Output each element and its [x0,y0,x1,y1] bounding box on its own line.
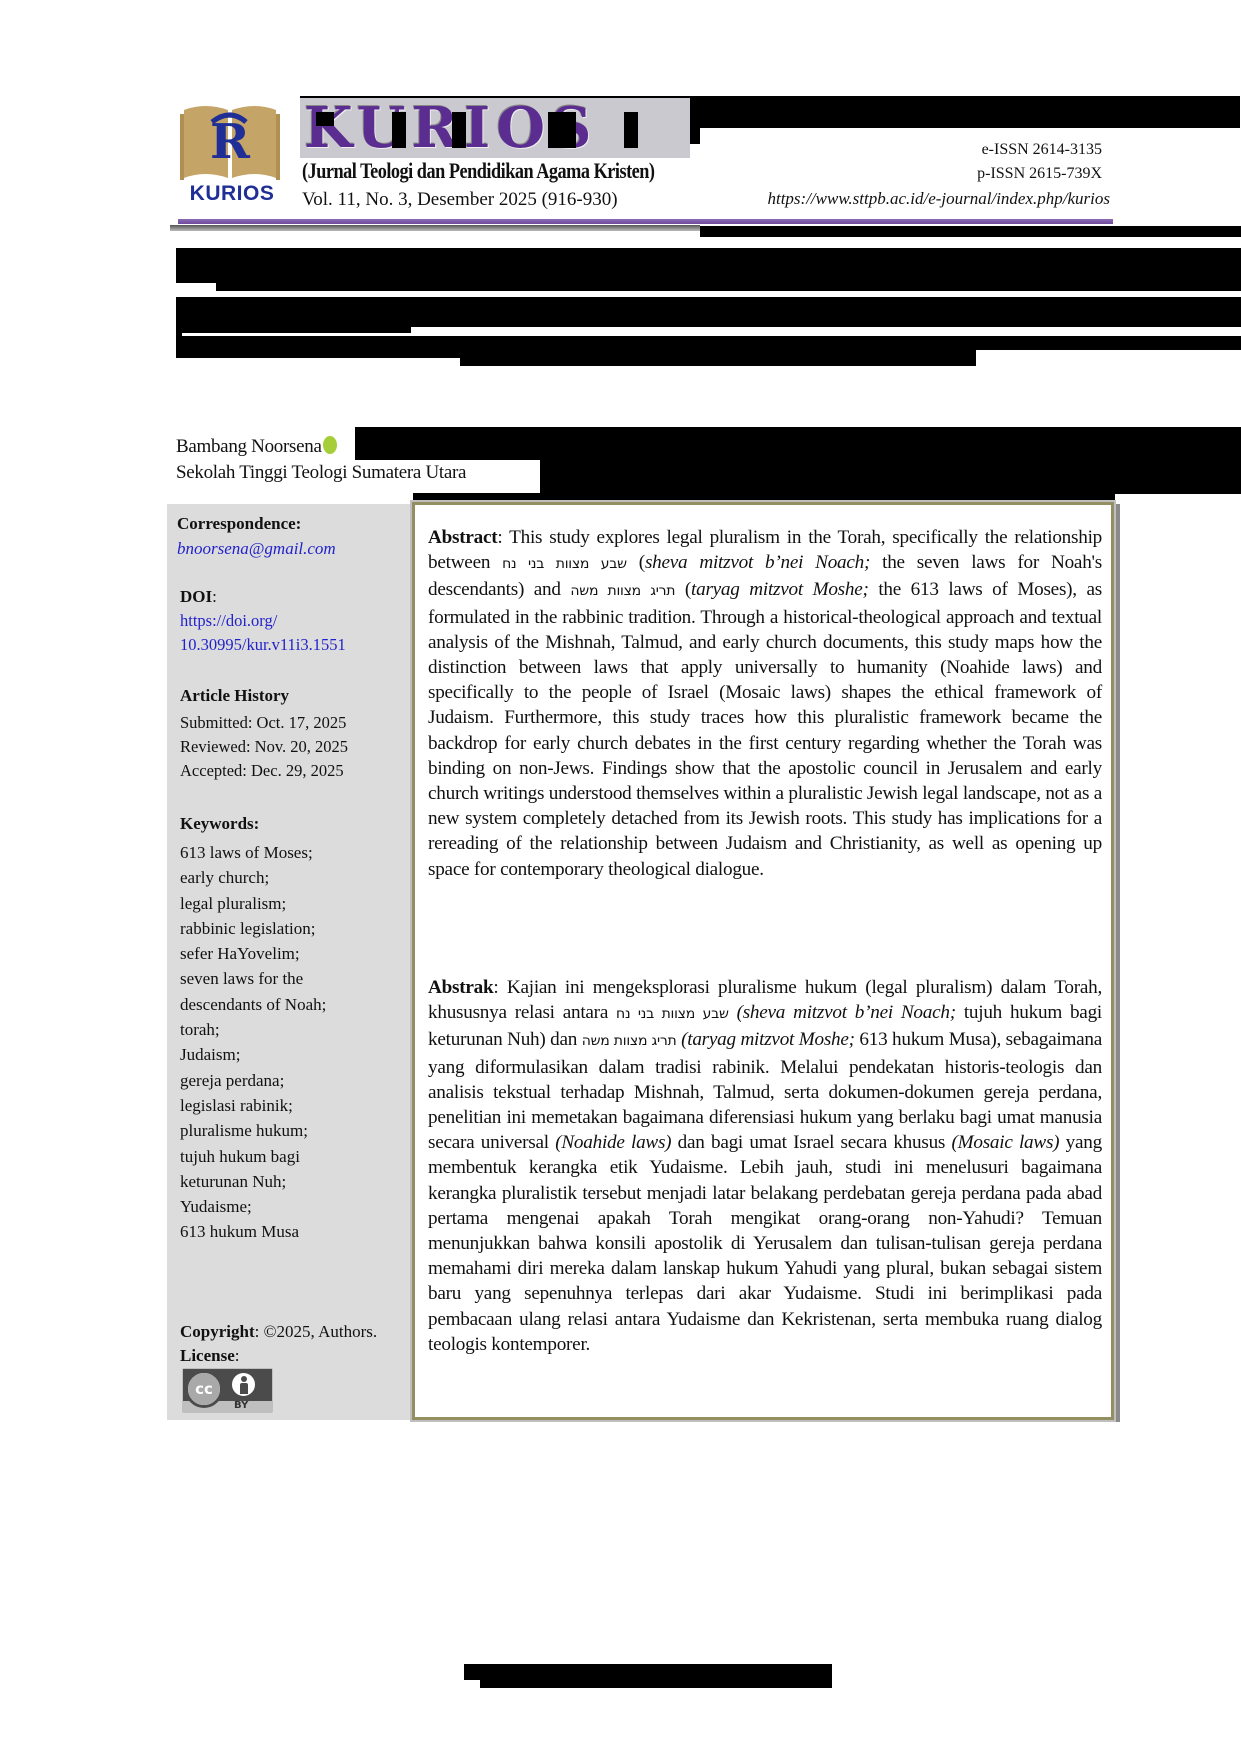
abstrak-label: Abstrak [428,977,493,998]
redaction-bar [548,112,576,148]
redaction-bar [690,128,700,144]
header-divider [178,219,1113,224]
redaction-bar [460,358,976,366]
correspondence-label: Correspondence: [177,514,301,534]
redaction-bar [216,283,1241,291]
italic-term: (Mosaic laws) [952,1132,1060,1153]
header-divider-shadow [170,225,700,231]
redaction-bar [700,226,1241,237]
transliteration: sheva mitzvot b’nei Noach; [645,552,870,573]
abstract-text: the 613 laws of Moses), as formulated in… [428,579,1102,879]
redaction-bar [316,112,334,126]
logo-wordmark: KURIOS [182,182,282,206]
doi-label-line: DOI: [180,584,217,609]
redaction-bar [540,460,1241,494]
italic-term: (Noahide laws) [555,1132,671,1153]
keyword-item: tujuh hukum bagi [180,1144,326,1169]
abstrak-text: dan bagi umat Israel secara khusus [671,1132,951,1153]
doi-colon: : [212,587,217,606]
abstract-text: ( [675,579,691,600]
reviewed-date: Reviewed: Nov. 20, 2025 [180,734,348,759]
abstrak-text: yang membentuk kerangka etik Yudaisme. L… [428,1132,1102,1355]
redaction-bar [480,1680,832,1688]
transliteration: taryag mitzvot Moshe; [691,579,869,600]
keyword-item: Yudaisme; [180,1194,326,1219]
copyright-label: Copyright [180,1322,255,1341]
license-line: License: [180,1343,240,1368]
abstract-box: Abstract: This study explores legal plur… [412,502,1114,1420]
keyword-item: pluralisme hukum; [180,1118,326,1143]
author-name: Bambang Noorsena [176,436,337,458]
redacted-footer [464,1664,832,1680]
hebrew-term: שבע מצוות בני נח [502,556,627,572]
keyword-item: Judaism; [180,1042,326,1067]
keywords-list: 613 laws of Moses; early church; legal p… [180,840,326,1245]
author-name-text: Bambang Noorsena [176,436,322,457]
keyword-item: gereja perdana; [180,1068,326,1093]
journal-subtitle: (Jurnal Teologi dan Pendidikan Agama Kri… [302,158,655,184]
redaction-bar [392,112,406,148]
creative-commons-icon: cc [185,1370,223,1408]
transliteration: (taryag mitzvot Moshe; [676,1029,854,1050]
hebrew-term: תריג מצוות משה [570,583,675,599]
hebrew-term: תריג מצוות משה [582,1033,677,1049]
orcid-icon[interactable] [323,436,337,454]
journal-url[interactable]: https://www.sttpb.ac.id/e-journal/index.… [767,189,1110,209]
correspondence-email[interactable]: bnoorsena@gmail.com [177,536,336,561]
redaction-bar [176,332,182,354]
hebrew-term: שבע מצוות בני נח [616,1006,729,1022]
book-logo-icon: R [180,100,280,180]
license-colon: : [235,1346,240,1365]
abstract-text: ( [627,552,645,573]
keyword-item: descendants of Noah; [180,992,326,1017]
doi-link-line-1[interactable]: https://doi.org/ [180,608,277,633]
transliteration: (sheva mitzvot b’nei Noach; [729,1002,956,1023]
redaction-bar [355,427,1241,460]
volume-info: Vol. 11, No. 3, Desember 2025 (916-930) [302,189,618,211]
copyright-line: Copyright: ©2025, Authors. [180,1319,377,1344]
author-affiliation: Sekolah Tinggi Teologi Sumatera Utara [176,462,466,484]
keyword-item: 613 laws of Moses; [180,840,326,865]
abstract-indonesian: Abstrak: Kajian ini mengeksplorasi plura… [428,975,1102,1357]
keyword-item: sefer HaYovelim; [180,941,326,966]
submitted-date: Submitted: Oct. 17, 2025 [180,710,346,735]
redaction-bar [452,112,466,148]
keyword-item: torah; [180,1017,326,1042]
by-label: BY [234,1400,248,1411]
article-history-label: Article History [180,686,289,706]
redacted-title-line-3 [176,336,1241,350]
article-info-sidebar: Correspondence: bnoorsena@gmail.com DOI:… [167,504,413,1420]
redaction-bar [624,112,638,148]
redaction-bar [690,96,1240,128]
e-issn: e-ISSN 2614-3135 [982,141,1102,159]
keyword-item: rabbinic legislation; [180,916,326,941]
license-label: License [180,1346,235,1365]
redacted-title-line-1 [176,248,1241,283]
keyword-item: seven laws for the [180,966,326,991]
keyword-item: legislasi rabinik; [180,1093,326,1118]
keywords-label: Keywords: [180,814,259,834]
copyright-value: : ©2025, Authors. [255,1322,377,1341]
redacted-title-line-2 [176,297,1241,327]
abstract-label: Abstract [428,527,497,548]
keyword-item: keturunan Nuh; [180,1169,326,1194]
redaction-bar [176,327,411,333]
keyword-item: 613 hukum Musa [180,1219,326,1244]
accepted-date: Accepted: Dec. 29, 2025 [180,758,344,783]
doi-label: DOI [180,587,212,606]
cc-by-license-badge[interactable]: cc BY [182,1368,273,1413]
redaction-bar [176,350,976,358]
keyword-item: legal pluralism; [180,891,326,916]
doi-link-line-2[interactable]: 10.30995/kur.v11i3.1551 [180,632,346,657]
keyword-item: early church; [180,865,326,890]
cc-glyph: cc [188,1373,220,1405]
journal-logo: R KURIOS [178,98,284,210]
attribution-person-icon [230,1371,257,1398]
abstract-english: Abstract: This study explores legal plur… [428,525,1102,882]
p-issn: p-ISSN 2615-739X [977,165,1102,183]
